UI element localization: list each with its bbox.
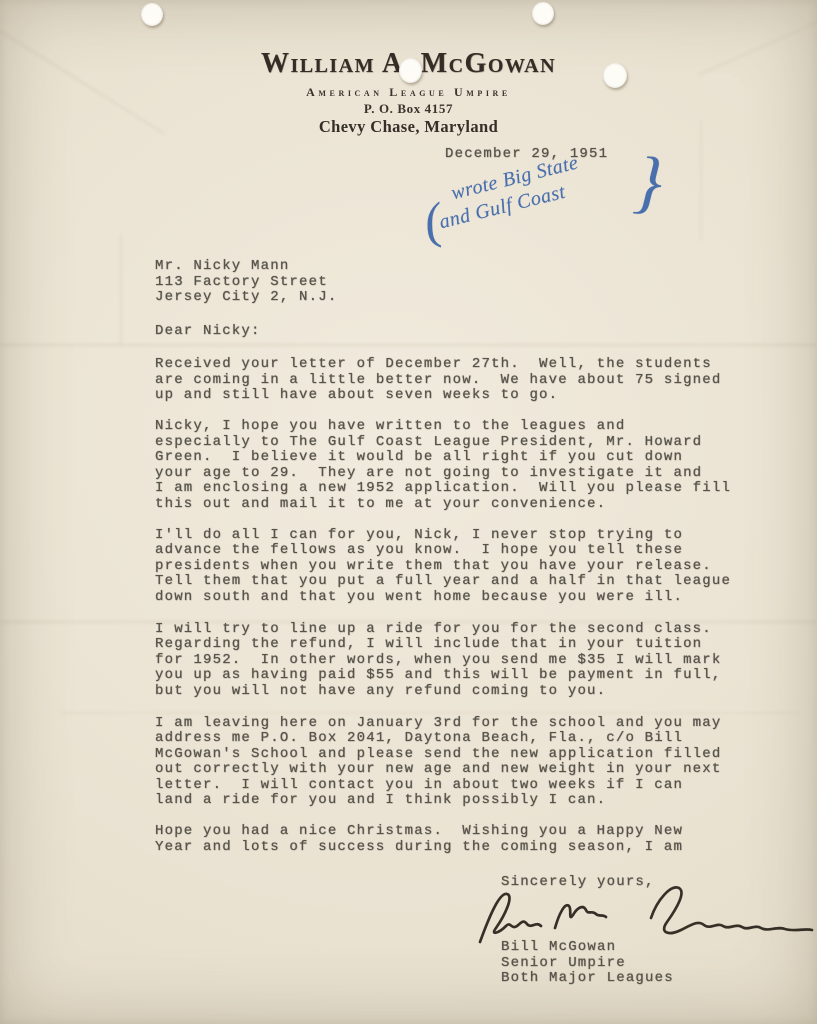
punch-hole xyxy=(399,58,422,83)
recipient-address: Mr. Nicky Mann 113 Factory Street Jersey… xyxy=(155,259,337,306)
punch-hole xyxy=(532,2,554,25)
recipient-street: 113 Factory Street xyxy=(155,275,337,291)
annotation-brace: } xyxy=(632,147,665,219)
letter-body: Received your letter of December 27th. W… xyxy=(155,357,775,871)
letterhead-title: American League Umpire xyxy=(0,85,817,100)
punch-hole xyxy=(141,3,163,26)
letterhead-po-box: P. O. Box 4157 xyxy=(0,101,817,117)
letter-page: William A. McGowan American League Umpir… xyxy=(0,0,817,1024)
signature-bill-mcgowan xyxy=(455,880,815,952)
paragraph: Nicky, I hope you have written to the le… xyxy=(155,419,775,512)
letterhead-city: Chevy Chase, Maryland xyxy=(0,117,817,137)
salutation: Dear Nicky: xyxy=(155,324,261,340)
crease-line xyxy=(120,235,122,345)
punch-hole xyxy=(603,63,627,88)
paragraph: I'll do all I can for you, Nick, I never… xyxy=(155,528,775,606)
recipient-name: Mr. Nicky Mann xyxy=(155,259,337,275)
paragraph: Hope you had a nice Christmas. Wishing y… xyxy=(155,824,775,855)
paragraph: I am leaving here on January 3rd for the… xyxy=(155,716,775,809)
signer-org: Both Major Leagues xyxy=(501,971,674,987)
paragraph: Received your letter of December 27th. W… xyxy=(155,357,775,404)
signer-title: Senior Umpire xyxy=(501,956,674,972)
letter-date: December 29, 1951 xyxy=(445,147,608,163)
crease-line xyxy=(700,120,702,240)
crease-line xyxy=(0,344,817,346)
recipient-city: Jersey City 2, N.J. xyxy=(155,290,337,306)
paragraph: I will try to line up a ride for you for… xyxy=(155,622,775,700)
